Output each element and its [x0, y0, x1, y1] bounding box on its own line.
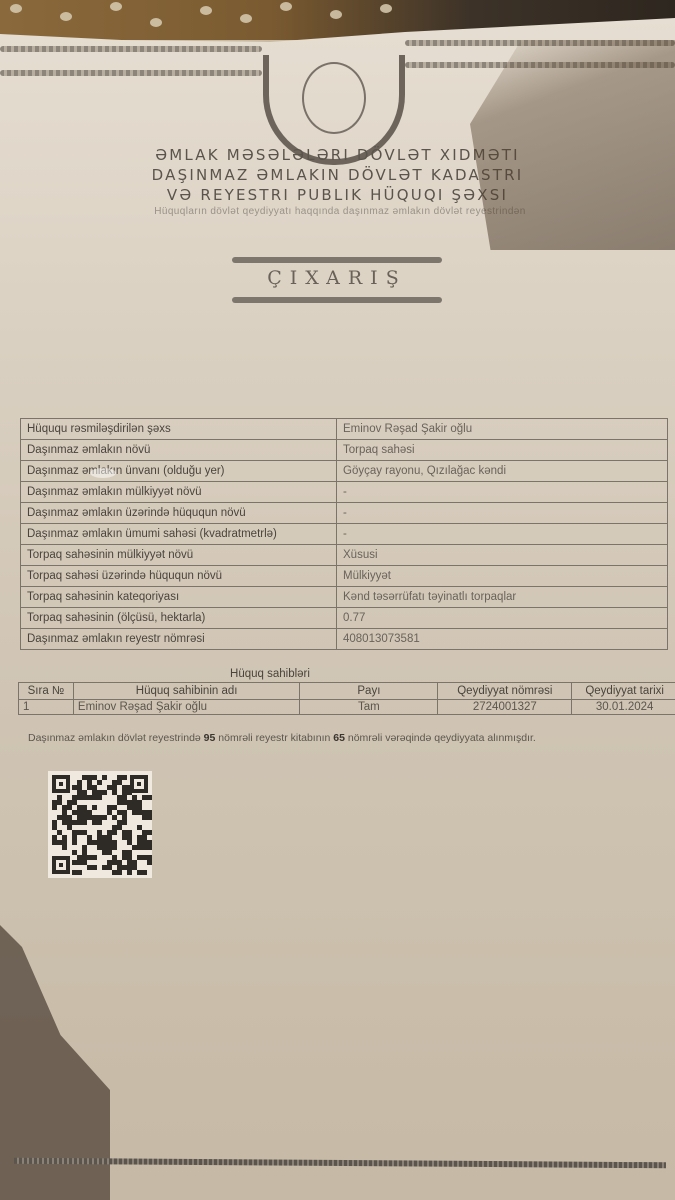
qr-code-icon	[48, 771, 152, 878]
fabric-flower	[10, 4, 22, 13]
info-label: Torpaq sahəsinin mülkiyyət növü	[21, 545, 337, 566]
owners-cell: 1	[19, 700, 74, 715]
owners-column-header: Qeydiyyat nömrəsi	[438, 683, 572, 700]
info-row: Torpaq sahəsinin mülkiyyət növüXüsusi	[21, 545, 668, 566]
property-info-table: Hüququ rəsmiləşdirilən şəxsEminov Rəşad …	[20, 418, 668, 650]
info-row: Daşınmaz əmlakın reyestr nömrəsi40801307…	[21, 629, 668, 650]
note-part3: nömrəli vərəqində qeydiyyata alınmışdır.	[345, 732, 536, 744]
info-value: Göyçay rayonu, Qızılağac kəndi	[337, 461, 668, 482]
info-row: Daşınmaz əmlakın üzərində hüququn növü-	[21, 503, 668, 524]
qr-module	[62, 845, 67, 850]
qr-module	[122, 820, 127, 825]
info-row: Torpaq sahəsi üzərində hüququn növüMülki…	[21, 566, 668, 587]
qr-module	[77, 870, 82, 875]
fabric-flower	[60, 12, 72, 21]
info-row: Hüququ rəsmiləşdirilən şəxsEminov Rəşad …	[21, 419, 668, 440]
info-label: Torpaq sahəsi üzərində hüququn növü	[21, 566, 337, 587]
paper-stain	[90, 468, 116, 478]
owners-cell: 2724001327	[438, 700, 572, 715]
info-label: Torpaq sahəsinin kateqoriyası	[21, 587, 337, 608]
ornament-band-left-top	[0, 46, 262, 52]
fabric-flower	[110, 2, 122, 11]
info-value: Kənd təsərrüfatı təyinatlı torpaqlar	[337, 587, 668, 608]
qr-module	[92, 865, 97, 870]
info-row: Daşınmaz əmlakın ümumi sahəsi (kvadratme…	[21, 524, 668, 545]
qr-module	[147, 860, 152, 865]
info-label: Daşınmaz əmlakın üzərində hüququn növü	[21, 503, 337, 524]
owners-cell: Eminov Rəşad Şakir oğlu	[73, 700, 299, 715]
qr-module	[122, 775, 127, 780]
qr-module	[147, 795, 152, 800]
qr-module	[97, 820, 102, 825]
info-row: Torpaq sahəsinin (ölçüsü, hektarla)0.77	[21, 608, 668, 629]
fabric-flower	[380, 4, 392, 13]
page-number: 65	[333, 732, 345, 744]
info-row: Daşınmaz əmlakın mülkiyyət növü-	[21, 482, 668, 503]
qr-module	[102, 790, 107, 795]
fabric-flower	[280, 2, 292, 11]
owners-table: Sıra №Hüquq sahibinin adıPayıQeydiyyat n…	[18, 682, 675, 715]
info-row: Daşınmaz əmlakın növüTorpaq sahəsi	[21, 440, 668, 461]
owners-cell: 30.01.2024	[572, 700, 675, 715]
info-label: Daşınmaz əmlakın reyestr nömrəsi	[21, 629, 337, 650]
ornament-band-left-bottom	[0, 70, 262, 76]
qr-module	[97, 780, 102, 785]
registration-note: Daşınmaz əmlakın dövlət reyestrində 95 n…	[28, 732, 658, 744]
qr-finder	[52, 856, 70, 874]
fabric-flower	[150, 18, 162, 27]
document-title: ÇIXARIŞ	[232, 267, 442, 289]
qr-module	[147, 830, 152, 835]
info-value: -	[337, 524, 668, 545]
info-label: Daşınmaz əmlakın ümumi sahəsi (kvadratme…	[21, 524, 337, 545]
owners-column-header: Payı	[300, 683, 438, 700]
fabric-flower	[330, 10, 342, 19]
info-value: 408013073581	[337, 629, 668, 650]
info-value: Mülkiyyət	[337, 566, 668, 587]
owners-row: 1Eminov Rəşad Şakir oğluTam272400132730.…	[19, 700, 675, 715]
qr-module	[147, 815, 152, 820]
title-ornament-top	[232, 257, 442, 263]
qr-module	[97, 795, 102, 800]
info-value: -	[337, 503, 668, 524]
qr-module	[112, 845, 117, 850]
info-value: 0.77	[337, 608, 668, 629]
qr-module	[112, 830, 117, 835]
note-part1: Daşınmaz əmlakın dövlət reyestrində	[28, 732, 204, 744]
info-label: Daşınmaz əmlakın ünvanı (olduğu yer)	[21, 461, 337, 482]
state-emblem-icon	[302, 62, 366, 134]
info-label: Hüququ rəsmiləşdirilən şəxs	[21, 419, 337, 440]
qr-finder	[52, 775, 70, 793]
info-row: Daşınmaz əmlakın ünvanı (olduğu yer)Göyç…	[21, 461, 668, 482]
owners-caption: Hüquq sahibləri	[20, 668, 520, 680]
fabric-flower	[200, 6, 212, 15]
qr-module	[82, 820, 87, 825]
info-value: Xüsusi	[337, 545, 668, 566]
info-value: Eminov Rəşad Şakir oğlu	[337, 419, 668, 440]
qr-module	[142, 870, 147, 875]
info-row: Torpaq sahəsinin kateqoriyasıKənd təsərr…	[21, 587, 668, 608]
qr-module	[52, 805, 57, 810]
owners-column-header: Hüquq sahibinin adı	[73, 683, 299, 700]
book-number: 95	[204, 732, 216, 744]
owners-column-header: Qeydiyyat tarixi	[572, 683, 675, 700]
qr-module	[72, 840, 77, 845]
qr-module	[92, 805, 97, 810]
info-label: Torpaq sahəsinin (ölçüsü, hektarla)	[21, 608, 337, 629]
qr-module	[92, 855, 97, 860]
document-title-block: ÇIXARIŞ	[232, 255, 442, 305]
title-ornament-bottom	[232, 297, 442, 303]
qr-module	[102, 815, 107, 820]
owners-column-header: Sıra №	[19, 683, 74, 700]
info-label: Daşınmaz əmlakın mülkiyyət növü	[21, 482, 337, 503]
qr-finder	[130, 775, 148, 793]
qr-module	[117, 870, 122, 875]
info-value: Torpaq sahəsi	[337, 440, 668, 461]
qr-module	[102, 775, 107, 780]
info-label: Daşınmaz əmlakın növü	[21, 440, 337, 461]
owners-cell: Tam	[300, 700, 438, 715]
qr-module	[147, 845, 152, 850]
note-part2: nömrəli reyestr kitabının	[215, 732, 333, 744]
fabric-flower	[240, 14, 252, 23]
info-value: -	[337, 482, 668, 503]
qr-module	[127, 870, 132, 875]
